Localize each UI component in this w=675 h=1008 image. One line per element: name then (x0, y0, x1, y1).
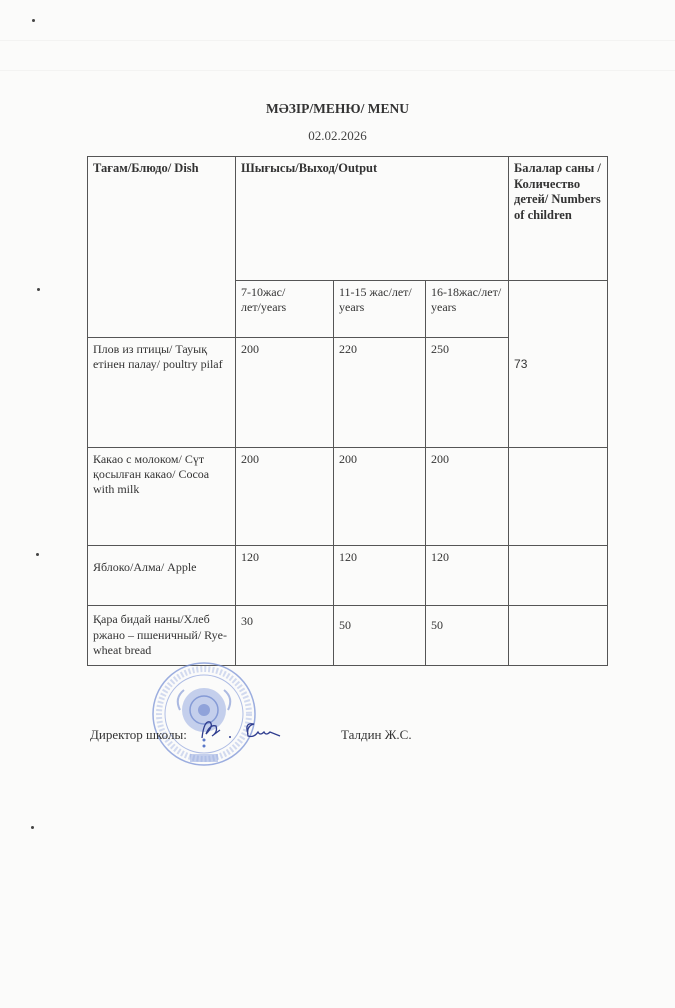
portion-11-15: 120 (334, 546, 426, 606)
header-dish: Тағам/Блюдо/ Dish (88, 157, 236, 338)
header-output: Шығысы/Выход/Output (236, 157, 509, 281)
header-children-text: Балалар саны /Количество детей/ Numbers … (514, 161, 601, 222)
dish-name: Плов из птицы/ Тауық етінен палау/ poult… (88, 338, 236, 448)
portion-11-15: 50 (334, 606, 426, 666)
portion-7-10: 200 (236, 338, 334, 448)
empty-cell (509, 448, 608, 546)
director-name: Талдин Ж.С. (341, 727, 412, 743)
menu-table: Тағам/Блюдо/ Dish Шығысы/Выход/Output Ба… (87, 156, 608, 666)
table-row: Яблоко/Алма/ Apple 120 120 120 (88, 546, 608, 606)
portion-11-15: 200 (334, 448, 426, 546)
scan-mark (32, 19, 35, 22)
scan-mark (31, 826, 34, 829)
table-row: Қара бидай наны/Хлеб ржано – пшеничный/ … (88, 606, 608, 666)
header-children: Балалар саны /Количество детей/ Numbers … (509, 157, 608, 281)
portion-7-10: 200 (236, 448, 334, 546)
portion-16-18: 50 (426, 606, 509, 666)
children-count: 73 (509, 281, 608, 448)
official-stamp-icon (150, 660, 258, 768)
signature-icon (196, 716, 286, 744)
scan-mark (37, 288, 40, 291)
portion-16-18: 250 (426, 338, 509, 448)
empty-cell (509, 606, 608, 666)
portion-7-10: 120 (236, 546, 334, 606)
dish-name: Яблоко/Алма/ Apple (88, 546, 236, 606)
dish-name: Қара бидай наны/Хлеб ржано – пшеничный/ … (88, 606, 236, 666)
age-group-11-15: 11-15 жас/лет/ years (334, 281, 426, 338)
age-group-7-10: 7-10жас/лет/years (236, 281, 334, 338)
scan-mark (36, 553, 39, 556)
document-date: 02.02.2026 (0, 128, 675, 144)
document-title: МӘЗІР/МЕНЮ/ MENU (0, 101, 675, 117)
dish-name: Какао с молоком/ Сүт қосылған какао/ Coc… (88, 448, 236, 546)
empty-cell (509, 546, 608, 606)
portion-7-10: 30 (236, 606, 334, 666)
portion-16-18: 120 (426, 546, 509, 606)
director-label: Директор школы: (90, 727, 187, 743)
age-group-16-18: 16-18жас/лет/ years (426, 281, 509, 338)
portion-16-18: 200 (426, 448, 509, 546)
portion-11-15: 220 (334, 338, 426, 448)
table-row: Какао с молоком/ Сүт қосылған какао/ Coc… (88, 448, 608, 546)
header-row: Тағам/Блюдо/ Dish Шығысы/Выход/Output Ба… (88, 157, 608, 281)
